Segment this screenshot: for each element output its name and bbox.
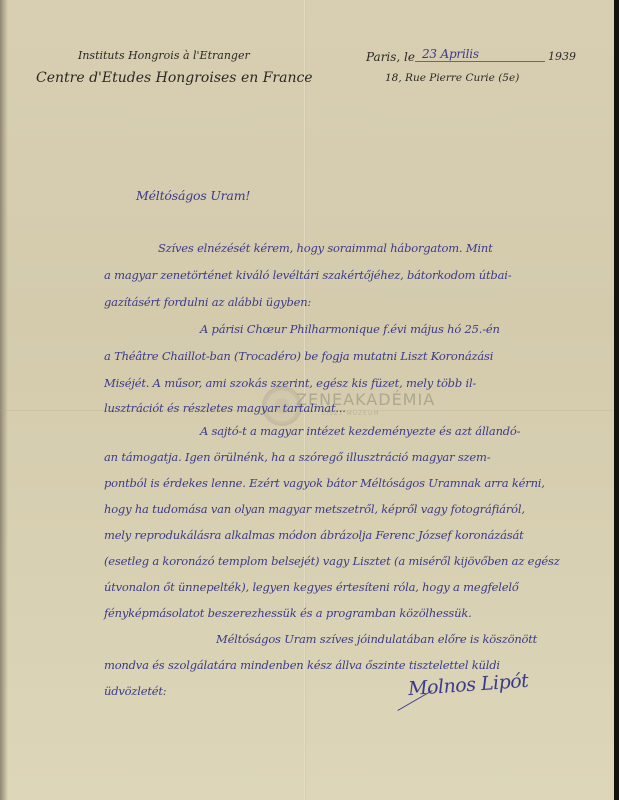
page-edge-shadow — [0, 0, 8, 800]
letter-line: fényképmásolatot beszerezhessük és a pro… — [104, 606, 472, 620]
letterhead-centre: Centre d'Etudes Hongroises en France — [36, 70, 313, 86]
letterhead-address: 18, Rue Pierre Curie (5e) — [385, 72, 519, 84]
letter-line: mondva és szolgálatára mindenben kész ál… — [104, 658, 500, 672]
letter-line: útvonalon őt ünnepelték), legyen kegyes … — [104, 580, 519, 594]
letter-page: Instituts Hongrois à l'Etranger Centre d… — [0, 0, 614, 800]
date-handwritten: 23 Aprilis — [422, 47, 479, 61]
letterhead-institute: Instituts Hongrois à l'Etranger — [78, 49, 250, 62]
letter-line: A sajtó-t a magyar intézet kezdeményezte… — [200, 424, 520, 438]
letter-line: (esetleg a koronázó templom belsejét) va… — [104, 554, 560, 568]
letter-line: hogy ha tudomása van olyan magyar metsze… — [104, 502, 525, 516]
date-underline — [415, 61, 545, 62]
letter-line: Miséjét. A műsor, ami szokás szerint, eg… — [104, 376, 476, 390]
date-year: 1939 — [548, 50, 576, 63]
letter-line: a magyar zenetörténet kiváló levéltári s… — [104, 268, 511, 282]
letter-line: a Théâtre Chaillot-ban (Trocadéro) be fo… — [104, 349, 493, 363]
letter-line: gazításért fordulni az alábbi ügyben: — [104, 295, 311, 309]
letter-line: mely reprodukálásra alkalmas módon ábráz… — [104, 528, 524, 542]
signature: Molnos Lipót — [407, 670, 529, 700]
letter-line: Méltóságos Uram szíves jóindulatában elő… — [216, 632, 537, 646]
letter-line: pontból is érdekes lenne. Ezért vagyok b… — [104, 476, 545, 490]
letter-line: lusztrációt és részletes magyar tartalma… — [104, 401, 346, 415]
letter-line: üdvözletét: — [104, 684, 166, 698]
salutation: Méltóságos Uram! — [136, 188, 250, 203]
letter-line: Szíves elnézését kérem, hogy soraimmal h… — [158, 241, 493, 255]
letter-line: A párisi Chœur Philharmonique f.évi máju… — [200, 322, 500, 336]
place-prefix: Paris, le — [366, 50, 415, 64]
letter-line: an támogatja. Igen örülnénk, ha a szóreg… — [104, 450, 490, 464]
scan-border-right — [614, 0, 619, 800]
